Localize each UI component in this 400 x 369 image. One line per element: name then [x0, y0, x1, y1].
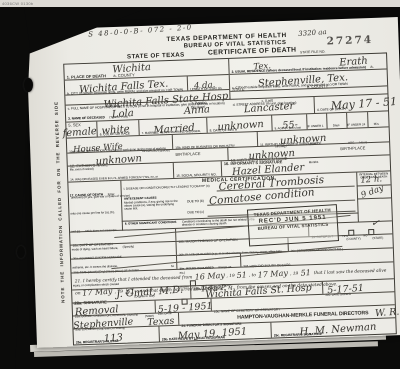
- antecedent-note: Morbid conditions, if any, giving rise t…: [124, 200, 182, 212]
- injury-state-label: (STATE): [372, 237, 383, 241]
- middle-name-value: Anna: [184, 105, 211, 117]
- staple-hole: [24, 78, 33, 92]
- specify-label: (Specify): [123, 245, 135, 249]
- min-label: Min.: [374, 122, 380, 126]
- days-label: Days: [333, 123, 340, 127]
- registrar-file-value: 113: [104, 333, 124, 344]
- handwritten-number: 3320 aa: [298, 29, 327, 38]
- field-ssn: 15. SOCIAL SECURITY NO.: [173, 161, 221, 178]
- injury-m-label: M.: [171, 265, 174, 268]
- attended-to-value: 17 May: [257, 267, 288, 281]
- film-label: 4036CW 0130b: [2, 1, 33, 6]
- field-age: 9. AGE (in years last birthday) 55-: [271, 114, 307, 130]
- certify-text-c: , to: [249, 273, 256, 278]
- field-sex: 5. SEX female: [66, 122, 97, 138]
- scan-top-strip: 4036CW 0130b: [0, 0, 400, 7]
- date-signed-value: 5-17-51: [327, 284, 364, 296]
- reverse-side-note: NOTE THE INFORMATION CALLED FOR ON THE R…: [53, 91, 65, 303]
- state-file-number-stamp: 27274: [326, 34, 373, 48]
- due-to-b-label: DUE TO (b): [187, 200, 204, 204]
- autopsy-check-mark: ✓: [370, 218, 380, 229]
- county-value: Wichita: [112, 63, 151, 76]
- cause-of-death-label: 17. CAUSE OF DEATH: [70, 192, 104, 197]
- field-age-months: IF UNDER 1 YEAR Months: [306, 114, 327, 130]
- scan-left-margin: [0, 7, 34, 369]
- field-date-received: 25b. DATE REC'D BY LOCAL REGISTRAR May 1…: [158, 323, 270, 342]
- location-state-value: Texas: [147, 317, 175, 328]
- age-value: 55-: [282, 120, 298, 131]
- attended-to-year: 51: [300, 267, 311, 280]
- field-burial-date: 23b. DATE 5-19 - 1951: [155, 299, 211, 313]
- other-conditions-label: II. OTHER SIGNIFICANT CONDITIONS: [125, 221, 180, 226]
- res-county-value: Erath: [339, 57, 368, 69]
- attended-from-year: 51: [236, 269, 247, 282]
- injury-county-label: (COUNTY): [346, 237, 360, 241]
- color-race-value: white: [101, 125, 130, 137]
- field-registrar-signature: 25c. REGISTRAR'S SIGNATURE H. M. Newman: [270, 318, 395, 337]
- res-state-value: Tex.: [253, 62, 271, 72]
- field-place-of-death: 1. PLACE OF DEATH a. COUNTY Wichita b. C…: [64, 59, 229, 105]
- field-usual-residence: 2. USUAL RESIDENCE (Where deceased lived…: [228, 53, 387, 98]
- length-of-stay-value: 4 da.: [194, 81, 216, 91]
- disease-condition-label: I. DISEASE OR CONDITION DIRECTLY LEADING…: [124, 185, 214, 191]
- due-to-c-label: DUE TO (c): [187, 211, 204, 215]
- mother-birthplace-label: BIRTHPLACE: [340, 146, 365, 152]
- field-age-hours: IF UNDER 24 HRS. Hours: [346, 112, 368, 128]
- staple-hole-2: [17, 246, 25, 258]
- funeral-signature-value: W. R. Hampton: [375, 304, 400, 319]
- certify-text-b: , 19: [226, 274, 234, 279]
- date-received-value: May 19, 1951: [177, 327, 247, 342]
- received-stamp: TEXAS DEPARTMENT OF HEALTH REC'D JUN 5 1…: [247, 204, 339, 246]
- scanned-death-certificate: NOTE THE INFORMATION CALLED FOR ON THE R…: [0, 0, 400, 369]
- certify-text-a: 21. I hereby certify that I attended the…: [75, 275, 193, 284]
- registrar-signature-value: H. M. Newman: [299, 323, 376, 338]
- first-name-value: Lola: [112, 109, 134, 120]
- father-birthplace-label: BIRTHPLACE: [175, 152, 200, 158]
- certificate-paper: NOTE THE INFORMATION CALLED FOR ON THE R…: [26, 17, 400, 348]
- field-age-days: Days: [326, 113, 347, 129]
- field-age-min: Min.: [367, 111, 389, 127]
- certify-text-d: , 19: [290, 272, 298, 277]
- certificate-form: 1. PLACE OF DEATH a. COUNTY Wichita b. C…: [63, 52, 397, 345]
- date-of-death-value: May 17 - 51: [330, 96, 397, 112]
- field-color-race: 6. COLOR OR RACE white: [96, 120, 138, 136]
